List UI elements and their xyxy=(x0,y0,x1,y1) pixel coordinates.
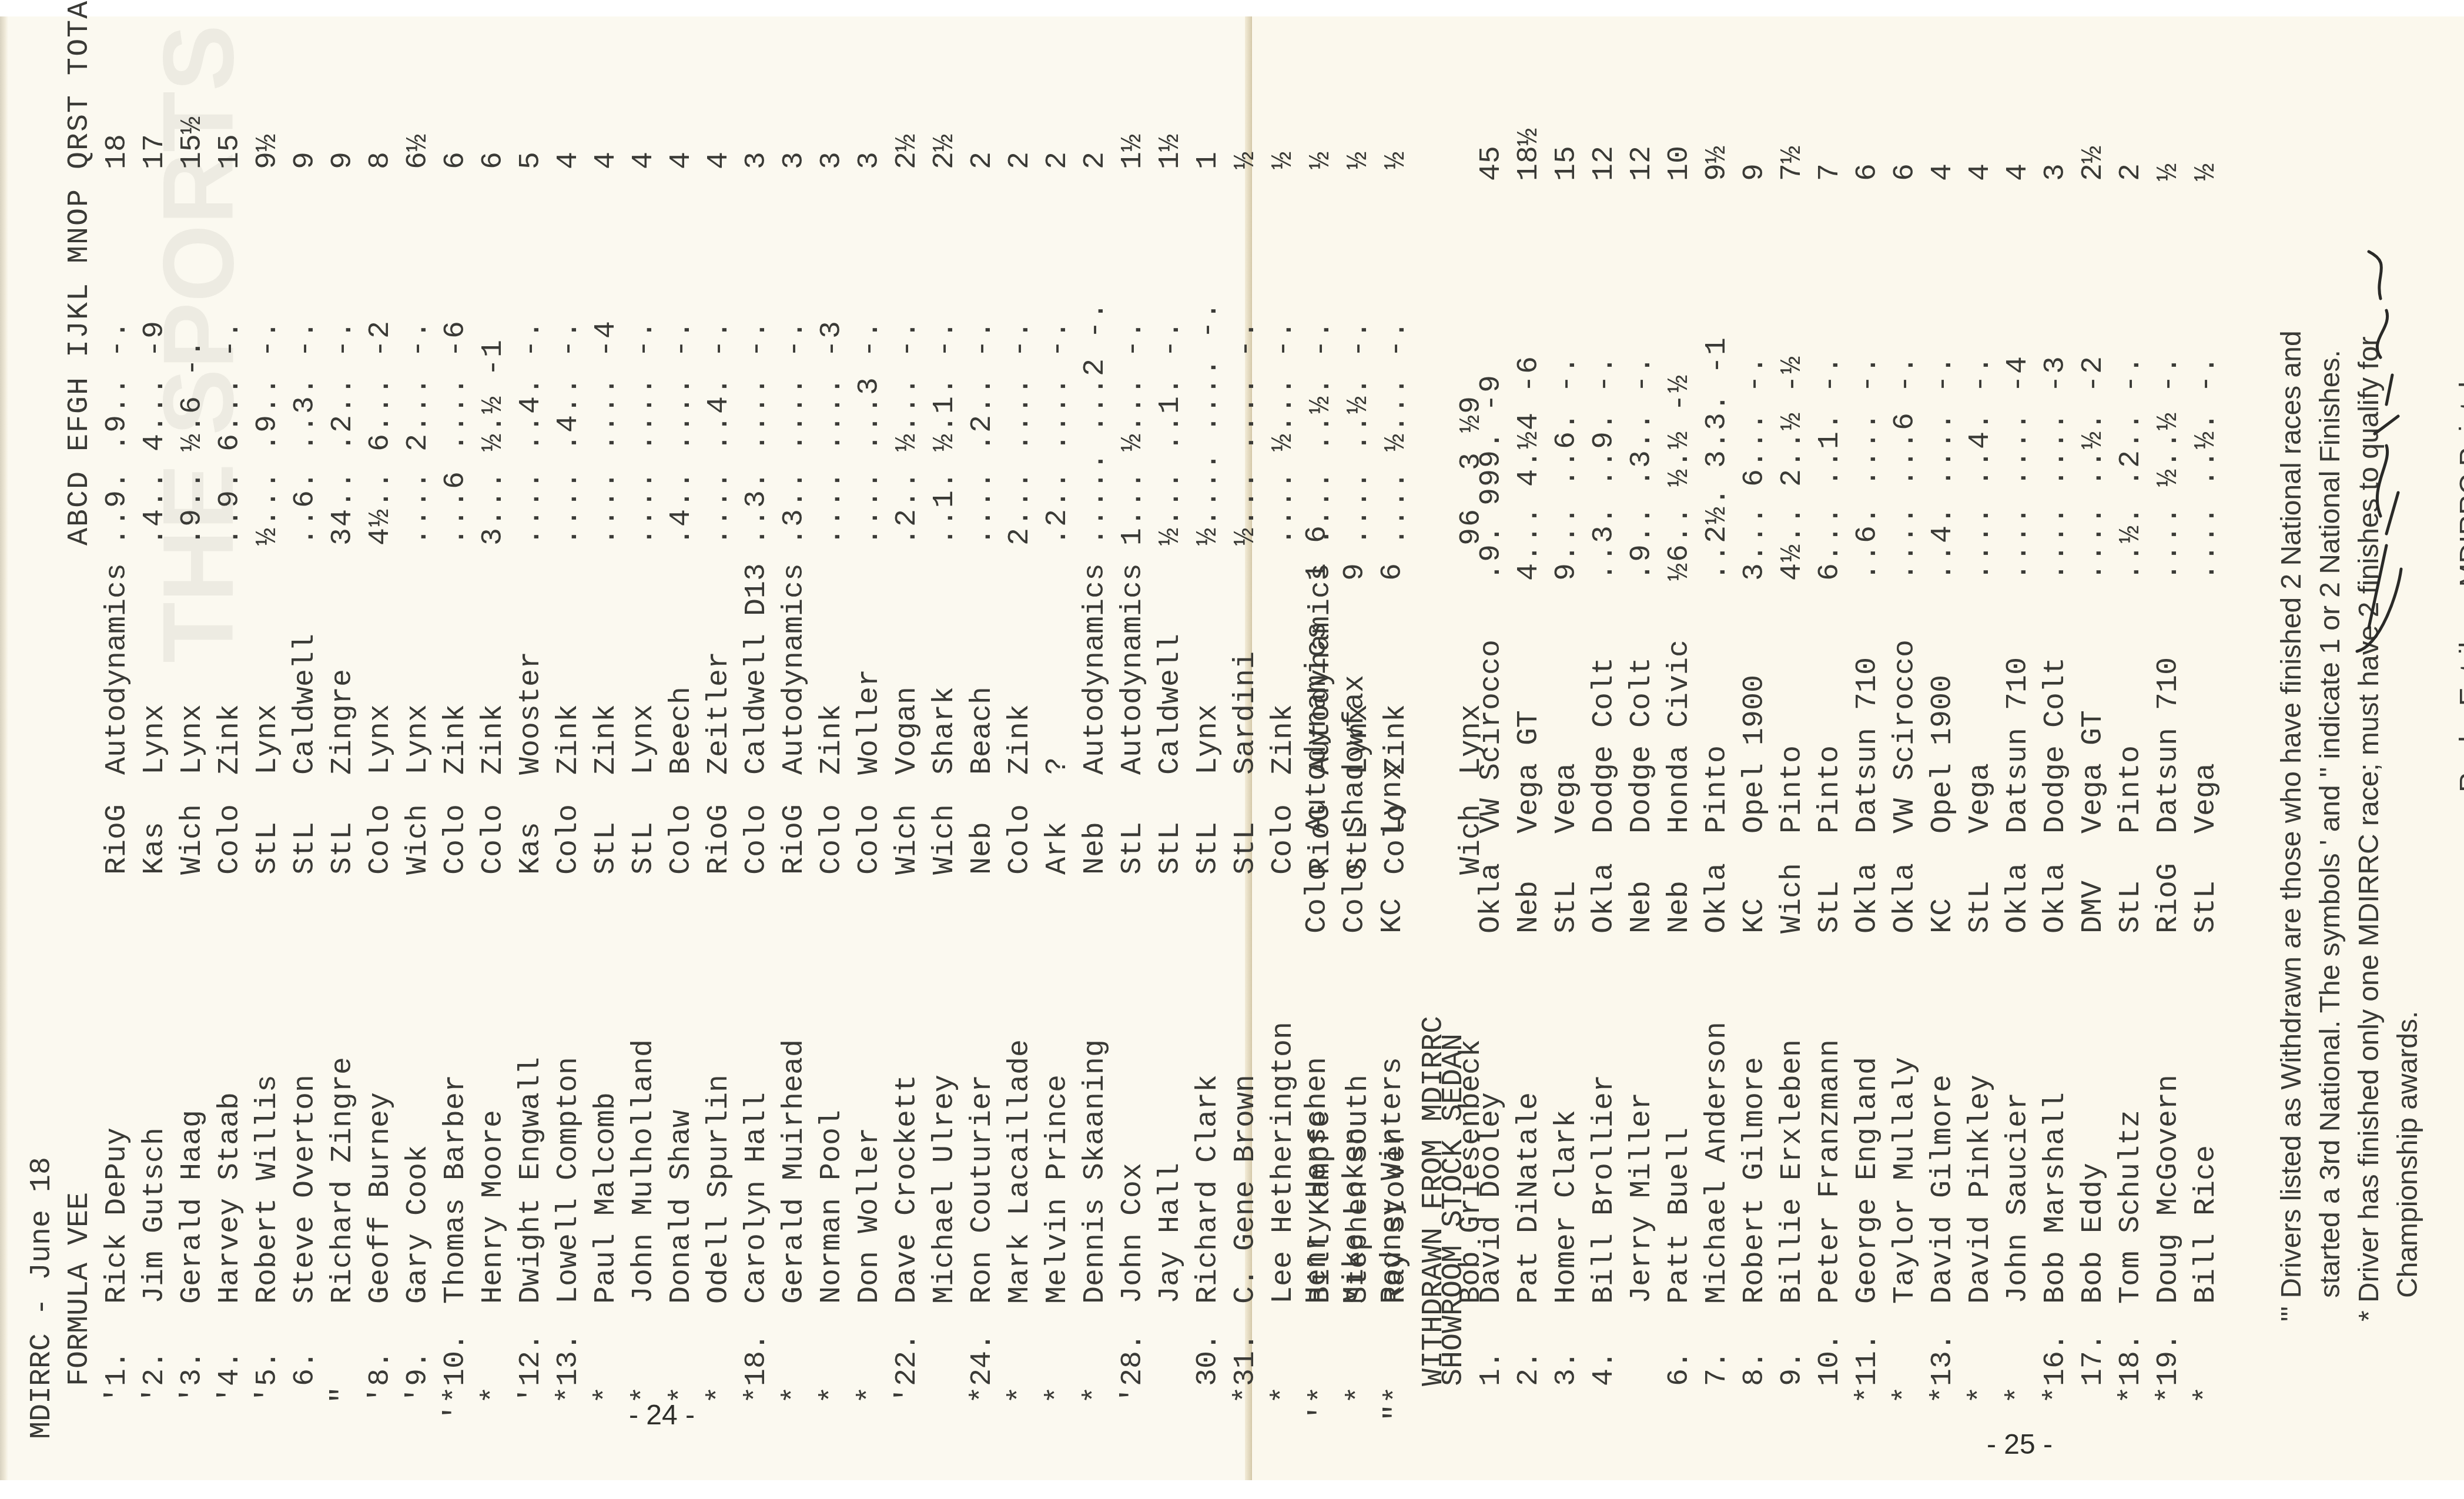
car: Opel 1900 xyxy=(1924,675,1962,834)
region: Neb xyxy=(1511,881,1548,933)
car: Wooster xyxy=(513,651,550,775)
race-scores: .... .2.. -. xyxy=(964,320,1002,546)
car: Beech xyxy=(663,687,701,775)
points-total: 3 xyxy=(813,152,851,169)
region: Colo xyxy=(738,804,776,875)
position: 31. xyxy=(1227,1310,1265,1386)
points-total: 18½ xyxy=(1511,128,1548,181)
standings-row: 10.Peter FranzmannStLPinto6... ..1. -.7 xyxy=(1812,75,1849,1439)
car: Pinto xyxy=(2113,745,2150,834)
race-scores: 1... ½... -. xyxy=(1114,320,1152,546)
driver-name: C. Gene Brown xyxy=(1227,1075,1265,1304)
standings-row: 17.Bob EddyDMVVega GT.... ..½. -22½ xyxy=(2075,75,2113,1439)
region: Colo xyxy=(851,804,889,875)
region: Neb xyxy=(1623,881,1661,933)
standings-row: *Taylor MullalyOklaVW Scirocco.... ...6 … xyxy=(1887,75,1924,1439)
points-total: 6 xyxy=(1849,163,1887,181)
region: KC xyxy=(1924,898,1962,933)
footnote-line: started a 3rd National. The symbols ' an… xyxy=(2311,75,2350,1439)
car: Autodynamics xyxy=(1114,563,1152,775)
finish-marker: * xyxy=(1077,1386,1114,1439)
car: Pinto xyxy=(1699,745,1736,834)
points-total: 7½ xyxy=(1774,146,1812,181)
race-scores: .4.. .... -. xyxy=(663,320,701,546)
car: Zink xyxy=(475,704,513,775)
car: Lynx xyxy=(625,704,663,775)
driver-name: Patt Buell xyxy=(1661,1127,1699,1304)
points-total: 4 xyxy=(1924,163,1962,181)
race-scores: 3... 6... -. xyxy=(1736,355,1774,581)
standings-row: 1.David DooleyOklaVW Scirocco.9. 999. -9… xyxy=(1473,75,1511,1439)
standings-row: '2.Jim GutschKasLynx.4.. 4... -917 xyxy=(136,87,174,1439)
driver-name: Henry Henschen xyxy=(1299,1057,1337,1304)
region: StL xyxy=(287,822,324,875)
points-total: 15 xyxy=(1548,146,1586,181)
region: Colo xyxy=(437,804,475,875)
standings-row: *13.Lowell ComptonColoZink.... .4.. -.4 xyxy=(550,87,588,1439)
points-total: 7 xyxy=(1812,163,1849,181)
points-total: 1 xyxy=(1190,152,1227,169)
car: Zink xyxy=(1265,704,1303,775)
points-total: 45 xyxy=(1473,146,1511,181)
driver-name: Rick DePuy xyxy=(99,1127,136,1304)
car: Lynx xyxy=(1190,704,1227,775)
car: Caldwell xyxy=(287,634,324,775)
driver-name: Lee Hetherington xyxy=(1265,1022,1303,1304)
race-scores: ½... .9.. -. xyxy=(249,320,287,546)
position: 18. xyxy=(2113,1310,2150,1386)
region: Kas xyxy=(513,822,550,875)
points-total: ½ xyxy=(1265,152,1303,169)
standings-row: '1.Rick DePuyRioGAutodynamics..9. .9.. -… xyxy=(99,87,136,1439)
driver-name: Michael Ulrey xyxy=(926,1075,964,1304)
standings-row: *Paul MalcombStLZink.... .... -44 xyxy=(588,87,625,1439)
race-scores: ..9. 6... -. xyxy=(212,320,249,546)
region: Colo xyxy=(1299,863,1337,933)
standings-row: '*10.Thomas BarberColoZink...6 .... -66 xyxy=(437,87,475,1439)
car: Woller xyxy=(851,669,889,775)
driver-name: David Pinkley xyxy=(1962,1075,2000,1304)
finish-marker: * xyxy=(1002,1386,1039,1439)
region: StL xyxy=(625,822,663,875)
points-total: 12 xyxy=(1623,146,1661,181)
race-scores: 1 6 xyxy=(1299,524,1337,581)
race-scores: .... .... -3 xyxy=(2037,355,2075,581)
finish-marker: * xyxy=(2188,1386,2225,1439)
page-number-25: - 25 - xyxy=(1987,1428,2053,1461)
region: StL xyxy=(2113,881,2150,933)
car: Datsun 710 xyxy=(2150,657,2188,834)
car: ? xyxy=(1039,757,1077,775)
finish-marker: ' xyxy=(99,1386,136,1439)
standings-row: *18.Carolyn HallColoCaldwell D13..3. ...… xyxy=(738,87,776,1439)
standings-row: *13.David GilmoreKCOpel 1900..4. .... -.… xyxy=(1924,75,1962,1439)
points-total: 15½ xyxy=(174,116,212,169)
finish-marker: ' xyxy=(249,1386,287,1439)
race-scores: ...6 .... -6 xyxy=(437,320,475,546)
position: 5. xyxy=(249,1310,287,1386)
driver-name: Jerry Miller xyxy=(1623,1092,1661,1304)
race-scores: ..4. .... -. xyxy=(1924,355,1962,581)
points-total: ½ xyxy=(2188,163,2225,181)
points-total: 9½ xyxy=(1699,146,1736,181)
finish-marker: " xyxy=(324,1386,362,1439)
standings-row: '9.Gary CookWichLynx.... 2... -.6½ xyxy=(400,87,437,1439)
driver-name: Richard Zingre xyxy=(324,1057,362,1304)
car: Opel 1900 xyxy=(1736,675,1774,834)
standings-row: Rodney WintersKCLynx6 xyxy=(1374,75,1412,1439)
points-total: ½ xyxy=(2150,163,2188,181)
finish-marker: * xyxy=(1887,1386,1924,1439)
race-scores: .... ½... -. xyxy=(1265,320,1303,546)
points-total: 8 xyxy=(362,152,400,169)
race-scores: ..½. .2.. -. xyxy=(2113,355,2150,581)
region: Colo xyxy=(1002,804,1039,875)
points-total: 1½ xyxy=(1152,134,1190,169)
points-total: 2½ xyxy=(889,134,926,169)
region: RioG xyxy=(2150,863,2188,933)
car: Lynx xyxy=(249,704,287,775)
position: 12. xyxy=(513,1310,550,1386)
region: Wich xyxy=(1774,863,1812,933)
finish-marker: ' xyxy=(513,1386,550,1439)
points-total: 9 xyxy=(1736,163,1774,181)
car: Lynx xyxy=(1374,763,1412,834)
position: 2. xyxy=(1511,1310,1548,1386)
finish-marker: ' xyxy=(136,1386,174,1439)
race-scores: .... ..½. -2 xyxy=(2075,355,2113,581)
standings-row: 2.Pat DiNataleNebVega GT4... 4.½4 -618½ xyxy=(1511,75,1548,1439)
race-scores: .... ...3 -. xyxy=(851,320,889,546)
region: Wich xyxy=(889,804,926,875)
standings-row: *John SaucierOklaDatsun 710.... .... -44 xyxy=(2000,75,2037,1439)
race-scores: 6 xyxy=(1374,562,1412,581)
driver-name: Peter Franzmann xyxy=(1812,1039,1849,1304)
standings-row: *31.C. Gene BrownStLSardini½... .... -.½ xyxy=(1227,87,1265,1439)
points-total: 17 xyxy=(136,134,174,169)
driver-name: Donald Shaw xyxy=(663,1110,701,1304)
position: 8. xyxy=(1736,1310,1774,1386)
finish-marker: * xyxy=(1265,1386,1303,1439)
race-scores: ..2½. 3.3. -1 xyxy=(1699,336,1736,581)
position: 1. xyxy=(1473,1310,1511,1386)
finish-marker: * xyxy=(475,1386,513,1439)
region: Okla xyxy=(1473,863,1511,933)
standings-row: 3.Homer ClarkStLVega9... ..6. -.15 xyxy=(1548,75,1586,1439)
finish-marker: * xyxy=(738,1386,776,1439)
car: Vogan xyxy=(889,687,926,775)
driver-name: Doug McGovern xyxy=(2150,1075,2188,1304)
race-scores: 34.. .2.. -. xyxy=(324,320,362,546)
region: RioG xyxy=(99,804,136,875)
finish-marker: * xyxy=(2113,1386,2150,1439)
standings-row: "Richard ZingreStLZingre34.. .2.. -.9 xyxy=(324,87,362,1439)
driver-name: Tom Schultz xyxy=(2113,1110,2150,1304)
car: Pinto xyxy=(1774,745,1812,834)
points-total: 3 xyxy=(776,152,813,169)
standings-row: '28.John CoxStLAutodynamics1... ½... -.1… xyxy=(1114,87,1152,1439)
region: RioG xyxy=(701,804,738,875)
points-total: 15 xyxy=(212,134,249,169)
car: Autodynamics xyxy=(99,563,136,775)
race-scores: .9.. .3.. -. xyxy=(1623,355,1661,581)
finish-marker: * xyxy=(550,1386,588,1439)
finish-marker: ' xyxy=(1114,1386,1152,1439)
finish-marker: * xyxy=(1924,1386,1962,1439)
driver-name: Dennis Skaaning xyxy=(1077,1039,1114,1304)
standings-row: *18.Tom SchultzStLPinto..½. .2.. -.2 xyxy=(2113,75,2150,1439)
standings-row: *Dennis SkaaningNebAutodynamics..... ...… xyxy=(1077,87,1114,1439)
formula-vee-standings: '1.Rick DePuyRioGAutodynamics..9. .9.. -… xyxy=(99,87,1415,1439)
standings-row: *Don WollerColoWoller.... ...3 -.3 xyxy=(851,87,889,1439)
finish-marker: * xyxy=(776,1386,813,1439)
region: DMV xyxy=(2075,881,2113,933)
car: Zink xyxy=(1002,704,1039,775)
driver-name: John Cox xyxy=(1114,1163,1152,1304)
region: Okla xyxy=(1586,863,1623,933)
region: StL xyxy=(1548,881,1586,933)
left-header-line: MDIRRC - June 18 xyxy=(24,87,61,1439)
finish-marker: ' xyxy=(362,1386,400,1439)
race-scores: ..6. ..3. -. xyxy=(287,320,324,546)
region: StL xyxy=(1227,822,1265,875)
standings-row: 4.Bill BrollierOklaDodge Colt..3. ..9. -… xyxy=(1586,75,1623,1439)
race-scores: ..3. .... -. xyxy=(738,320,776,546)
position: 10. xyxy=(437,1310,475,1386)
position: 7. xyxy=(1699,1310,1736,1386)
finish-marker: ' xyxy=(400,1386,437,1439)
driver-name: Norman Pool xyxy=(813,1110,851,1304)
driver-name: Michael Anderson xyxy=(1699,1022,1736,1304)
car: Beach xyxy=(964,687,1002,775)
driver-name: Billie Erxleben xyxy=(1774,1039,1812,1304)
race-scores: ..9. .9.. -. xyxy=(99,320,136,546)
page-edge xyxy=(0,16,8,1480)
points-total: 12 xyxy=(1586,146,1623,181)
car: Zingre xyxy=(324,669,362,775)
finish-marker: * xyxy=(1227,1386,1265,1439)
region: RioG xyxy=(776,804,813,875)
driver-name: Steve Overton xyxy=(287,1075,324,1304)
driver-name: Geoff Burney xyxy=(362,1092,400,1304)
driver-name: Homer Clark xyxy=(1548,1110,1586,1304)
driver-name: David Dooley xyxy=(1473,1092,1511,1304)
pointskeeper-name: Rocky Entrikon, MDIRRC Pointskeeper xyxy=(2451,75,2464,1439)
standings-row: *Henry MooreColoZink3... ½.½ -16 xyxy=(475,87,513,1439)
points-total: 4 xyxy=(1962,163,2000,181)
points-total: 4 xyxy=(701,152,738,169)
car: Vega xyxy=(1962,763,2000,834)
position: 22. xyxy=(889,1310,926,1386)
standings-row: *David PinkleyStLVega.... ..4. -.4 xyxy=(1962,75,2000,1439)
points-total: 9½ xyxy=(249,134,287,169)
points-total: 2 xyxy=(2113,163,2150,181)
standings-row: 6.Steve OvertonStLCaldwell..6. ..3. -.9 xyxy=(287,87,324,1439)
driver-name: Harvey Staab xyxy=(212,1092,249,1304)
race-scores: 4½.. 6... -2 xyxy=(362,320,400,546)
points-total: 6 xyxy=(475,152,513,169)
finish-marker: '* xyxy=(437,1386,475,1439)
driver-name: Gary Cook xyxy=(400,1145,437,1304)
region: Okla xyxy=(1699,863,1736,933)
region: Wich xyxy=(400,804,437,875)
finish-marker: ' xyxy=(889,1386,926,1439)
region: Colo xyxy=(475,804,513,875)
position: 18. xyxy=(738,1310,776,1386)
position: 19. xyxy=(2150,1310,2188,1386)
race-scores: ½6.. ½.½ -½ xyxy=(1661,374,1699,581)
standings-row: '8.Geoff BurneyColoLynx4½.. 6... -28 xyxy=(362,87,400,1439)
region: StL xyxy=(588,822,625,875)
standings-row: *John MulhollandStLLynx.... .... -.4 xyxy=(625,87,663,1439)
driver-name: David Gilmore xyxy=(1924,1075,1962,1304)
standings-row: *11.George EnglandOklaDatsun 710..6. ...… xyxy=(1849,75,1887,1439)
car: Shark xyxy=(926,687,964,775)
driver-name: John Mulholland xyxy=(625,1039,663,1304)
driver-name: Rodney Winters xyxy=(1374,1057,1412,1304)
race-scores: 3... ½.½ -1 xyxy=(475,339,513,546)
region: StL xyxy=(1812,881,1849,933)
region: Colo xyxy=(550,804,588,875)
driver-name: Robert Willis xyxy=(249,1075,287,1304)
standings-row: *Mark LacailladeColoZink2... .... -.2 xyxy=(1002,87,1039,1439)
position: 13. xyxy=(1924,1310,1962,1386)
standings-row: *Gerald MuirheadRioGAutodynamics.3.. ...… xyxy=(776,87,813,1439)
position: 9. xyxy=(1774,1310,1812,1386)
race-scores: .... .... -4 xyxy=(588,320,625,546)
position: 9. xyxy=(400,1310,437,1386)
driver-name: Gerald Haag xyxy=(174,1110,212,1304)
column-header: ABCD EFGH IJKL MNOP QRST TOTAL xyxy=(61,0,99,546)
region: StL xyxy=(249,822,287,875)
position: 17. xyxy=(2075,1310,2113,1386)
race-scores: .9. 999. -9 xyxy=(1473,374,1511,581)
car: Vega GT xyxy=(1511,710,1548,834)
position: 13. xyxy=(550,1310,588,1386)
position: 24. xyxy=(964,1310,1002,1386)
driver-name: Henry Moore xyxy=(475,1110,513,1304)
driver-name: Mike Loken xyxy=(1337,1127,1374,1304)
position: 3. xyxy=(174,1310,212,1386)
standings-row: '12.Dwight EngwallKasWooster.... ..4. -.… xyxy=(513,87,550,1439)
region: Okla xyxy=(1849,863,1887,933)
race-scores: .2.. ½... -. xyxy=(889,320,926,546)
standings-row: *Donald ShawColoBeech.4.. .... -.4 xyxy=(663,87,701,1439)
standings-row: '4.Harvey StaabColoZink..9. 6... -.15 xyxy=(212,87,249,1439)
car: Lynx xyxy=(400,704,437,775)
finish-marker: * xyxy=(701,1386,738,1439)
car: VW Scirocco xyxy=(1473,640,1511,834)
car: Zink xyxy=(550,704,588,775)
region: Wich xyxy=(174,804,212,875)
driver-name: Bob Marshall xyxy=(2037,1092,2075,1304)
driver-name: Don Woller xyxy=(851,1127,889,1304)
finish-marker: ' xyxy=(212,1386,249,1439)
region: StL xyxy=(1962,881,2000,933)
standings-row: 6.Patt BuellNebHonda Civic½6.. ½.½ -½10 xyxy=(1661,75,1699,1439)
car: Zink xyxy=(212,704,249,775)
car: Shadowfax xyxy=(1337,675,1374,834)
region: StL xyxy=(1114,822,1152,875)
driver-name: Dwight Engwall xyxy=(513,1057,550,1304)
region: Colo xyxy=(212,804,249,875)
car: Dodge Colt xyxy=(2037,657,2075,834)
finish-marker: * xyxy=(1849,1386,1887,1439)
car: Sardini xyxy=(1227,651,1265,775)
points-total: 3 xyxy=(851,152,889,169)
standings-row: '5.Robert WillisStLLynx½... .9.. -.9½ xyxy=(249,87,287,1439)
race-scores: .... ½..½ -. xyxy=(2150,355,2188,581)
car: Autodynamics xyxy=(1077,563,1114,775)
driver-name: George England xyxy=(1849,1057,1887,1304)
points-total: 3 xyxy=(2037,163,2075,181)
region: Okla xyxy=(1887,863,1924,933)
race-scores: 9... ..6. -. xyxy=(1548,355,1586,581)
standings-row: Jerry MillerNebDodge Colt.9.. .3.. -.12 xyxy=(1623,75,1661,1439)
car: Dodge Colt xyxy=(1586,657,1623,834)
position: 3. xyxy=(1548,1310,1586,1386)
race-scores: .... ..½. -. xyxy=(2188,355,2225,581)
points-total: 4 xyxy=(625,152,663,169)
standings-row: *19.Doug McGovernRioGDatsun 710.... ½..½… xyxy=(2150,75,2188,1439)
position: 1. xyxy=(99,1310,136,1386)
finish-marker: * xyxy=(1039,1386,1077,1439)
car: Zeitler xyxy=(701,651,738,775)
race-scores: .4.. 4... -9 xyxy=(136,320,174,546)
region: StL xyxy=(1152,822,1190,875)
driver-name: John Saucier xyxy=(2000,1092,2037,1304)
race-scores: .... 2... -. xyxy=(400,320,437,546)
race-scores: ..3. ..9. -. xyxy=(1586,355,1623,581)
region: Colo xyxy=(1337,863,1374,933)
standings-row: 7.Michael AndersonOklaPinto..2½. 3.3. -1… xyxy=(1699,75,1736,1439)
page-number-24: - 24 - xyxy=(629,1399,695,1431)
race-scores: 6... ..1. -. xyxy=(1812,355,1849,581)
race-scores: .... .... -3 xyxy=(813,320,851,546)
footnote-line: "' Drivers listed as Withdrawn are those… xyxy=(2272,75,2311,1439)
standings-row: 30.Richard ClarkStLLynx½.... .... -.1 xyxy=(1190,87,1227,1439)
class-title: SHOWROOM STOCK SEDAN xyxy=(1435,1033,1473,1386)
car: Caldwell xyxy=(1152,634,1190,775)
car: Lynx xyxy=(174,704,212,775)
race-scores: 9 xyxy=(1337,562,1374,581)
points-total: 9 xyxy=(287,152,324,169)
race-scores: .... ..4. -. xyxy=(701,320,738,546)
position: 6. xyxy=(1661,1310,1699,1386)
finish-marker: * xyxy=(813,1386,851,1439)
race-scores: .... ...6 -. xyxy=(1887,355,1924,581)
race-scores: .3.. .... -. xyxy=(776,320,813,546)
standings-row: Jay HallStLCaldwell½... ..1. -.1½ xyxy=(1152,87,1190,1439)
points-total: 4 xyxy=(2000,163,2037,181)
points-total: 2 xyxy=(1039,152,1077,169)
region: Okla xyxy=(2000,863,2037,933)
region: Wich xyxy=(926,804,964,875)
standings-row: Henry HenschenColoAutodynamics1 6 xyxy=(1299,75,1337,1439)
region: StL xyxy=(2188,881,2225,933)
finish-marker: ' xyxy=(174,1386,212,1439)
standings-row: 8.Robert GilmoreKCOpel 19003... 6... -.9 xyxy=(1736,75,1774,1439)
race-scores: ..1. ½.1. -. xyxy=(926,320,964,546)
standings-row: *Lee HetheringtonColoZink.... ½... -.½ xyxy=(1265,87,1303,1439)
region: Colo xyxy=(663,804,701,875)
points-total: 10 xyxy=(1661,146,1699,181)
region: Neb xyxy=(964,822,1002,875)
position: 4. xyxy=(212,1310,249,1386)
points-total: 6 xyxy=(1887,163,1924,181)
driver-name: Mark Lacaillade xyxy=(1002,1039,1039,1304)
car: Autodynamics xyxy=(776,563,813,775)
